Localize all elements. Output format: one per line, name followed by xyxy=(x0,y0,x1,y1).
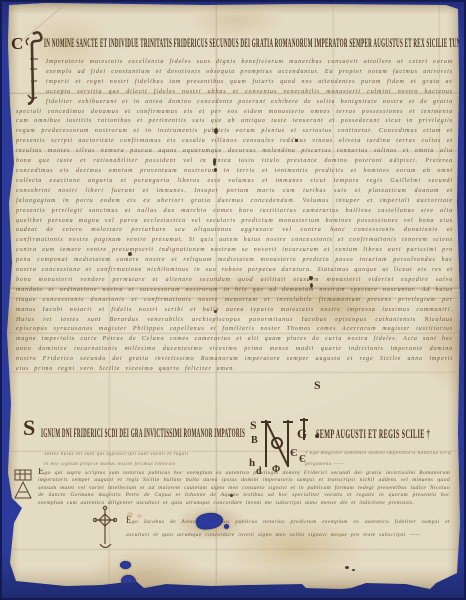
initial-indent-spacer xyxy=(16,58,46,102)
signum-initial: S xyxy=(23,416,35,440)
parchment-hole xyxy=(120,561,131,569)
ink-spot xyxy=(310,283,313,288)
signum-line-right: semp augusti et regis Scilie † xyxy=(316,427,430,442)
chrismon-letter: C xyxy=(11,34,23,53)
notarial-cross-sign-icon xyxy=(92,504,119,552)
notary-subscription: Ego Iacobus de Alexandro regius publicus… xyxy=(126,514,450,542)
recognition-line: † Ego magister Iohannes domini imperator… xyxy=(305,451,451,456)
photograph-of-charter: C In nomine sancte et individue trinitat… xyxy=(0,0,466,600)
recognition-line: et hoc signum proprie manus nostre fecim… xyxy=(44,462,249,467)
ink-spot xyxy=(315,434,319,438)
ink-spot xyxy=(214,168,217,172)
svg-text:S: S xyxy=(250,418,257,432)
svg-text:G: G xyxy=(297,426,307,441)
ink-spot xyxy=(128,252,132,256)
ink-spot xyxy=(214,310,217,313)
ink-spot xyxy=(230,494,233,497)
wax-stain xyxy=(137,514,142,518)
ink-spot xyxy=(214,128,218,134)
recognition-line: pergameno —— xyxy=(305,462,385,467)
horizontal-crease xyxy=(6,548,461,551)
charter-body-text: Imperatorie maiestatis excellentia fidel… xyxy=(16,58,453,416)
parchment-hole xyxy=(224,524,229,529)
body-letter-mark: S xyxy=(314,378,321,393)
ink-spot xyxy=(352,569,355,571)
charter-body-paragraph: Imperatorie maiestatis excellentia fidel… xyxy=(16,59,453,372)
marginal-notary-sign-icon xyxy=(11,468,38,504)
parchment-sheet: C In nomine sancte et individue trinitat… xyxy=(6,3,461,590)
ink-spot xyxy=(295,139,298,142)
svg-text:Є: Є xyxy=(290,447,297,459)
ink-spot xyxy=(309,276,313,280)
ink-spot xyxy=(213,158,216,166)
wax-stain xyxy=(127,512,133,517)
recognition-line: Testes huius rei sunt qui suprascripti s… xyxy=(44,452,279,457)
svg-text:B: B xyxy=(251,435,258,446)
invocation-display-line: In nomine sancte et individue trinitatis… xyxy=(44,36,447,51)
signum-line-left: ignum dni Friderici scdi dei gra invicti… xyxy=(41,426,245,441)
ink-spot xyxy=(345,566,349,569)
parchment-hole xyxy=(121,575,136,589)
